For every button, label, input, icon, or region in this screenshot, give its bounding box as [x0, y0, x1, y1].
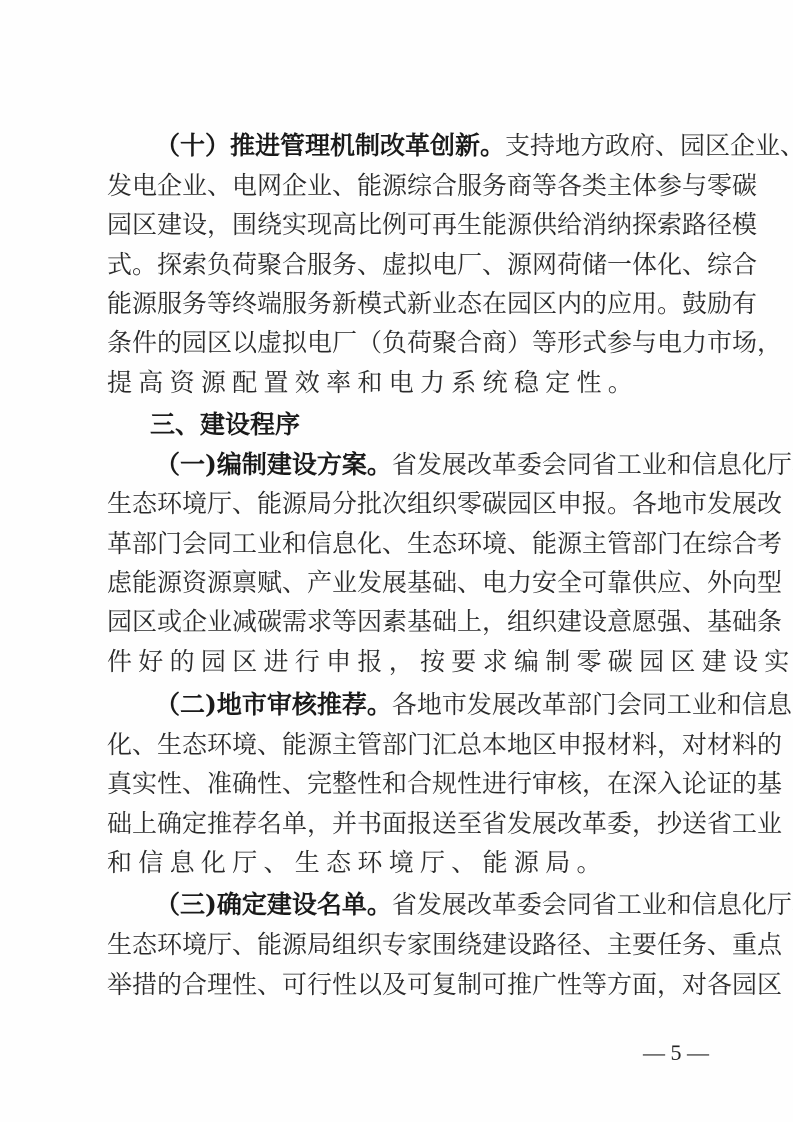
paragraph-line: 件好的园区进行申报，按要求编制零碳园区建设实施方案。	[107, 646, 709, 678]
run-in-subheading: （十）推进管理机制改革创新。	[155, 131, 505, 160]
paragraph-line: 化、生态环境、能源主管部门汇总本地区申报材料，对材料的	[107, 729, 709, 761]
paragraph-line: 式。探索负荷聚合服务、虚拟电厂、源网荷储一体化、综合	[107, 249, 709, 281]
paragraph-line: 发电企业、电网企业、能源综合服务商等各类主体参与零碳	[107, 170, 709, 202]
run-in-subheading: （三)确定建设名单。	[155, 890, 392, 919]
page-number: — 5 —	[0, 1038, 793, 1068]
paragraph-line: （十）推进管理机制改革创新。支持地方政府、园区企业、	[155, 130, 709, 162]
paragraph-line: 革部门会同工业和信息化、生态环境、能源主管部门在综合考	[107, 528, 709, 560]
paragraph-line: 条件的园区以虚拟电厂（负荷聚合商）等形式参与电力市场，	[107, 327, 709, 359]
document-page: （十）推进管理机制改革创新。支持地方政府、园区企业、 发电企业、电网企业、能源综…	[0, 0, 793, 1122]
paragraph-line: 和信息化厅、生态环境厅、能源局。	[107, 847, 709, 879]
paragraph-line: 提高资源配置效率和电力系统稳定性。	[107, 367, 709, 399]
paragraph-line: （一)编制建设方案。省发展改革委会同省工业和信息化厅、	[155, 449, 709, 481]
paragraph-line: 能源服务等终端服务新模式新业态在园区内的应用。鼓励有	[107, 288, 709, 320]
paragraph-line: 园区建设，围绕实现高比例可再生能源供给消纳探索路径模	[107, 209, 709, 241]
paragraph-line: （三)确定建设名单。省发展改革委会同省工业和信息化厅、	[155, 889, 709, 921]
paragraph-line: 生态环境厅、能源局组织专家围绕建设路径、主要任务、重点	[107, 929, 709, 961]
paragraph-line: 生态环境厅、能源局分批次组织零碳园区申报。各地市发展改	[107, 488, 709, 520]
run-in-subheading: （二)地市审核推荐。	[155, 690, 392, 719]
paragraph-line: 举措的合理性、可行性以及可复制可推广性等方面，对各园区	[107, 969, 709, 1001]
paragraph-line: 真实性、准确性、完整性和合规性进行审核，在深入论证的基	[107, 768, 709, 800]
section-heading: 三、建设程序	[150, 408, 300, 442]
run-in-subheading: （一)编制建设方案。	[155, 450, 392, 479]
paragraph-line: 虑能源资源禀赋、产业发展基础、电力安全可靠供应、外向型	[107, 567, 709, 599]
paragraph-line: 园区或企业减碳需求等因素基础上，组织建设意愿强、基础条	[107, 606, 709, 638]
paragraph-line: （二)地市审核推荐。各地市发展改革部门会同工业和信息	[155, 689, 709, 721]
paragraph-line: 础上确定推荐名单，并书面报送至省发展改革委，抄送省工业	[107, 808, 709, 840]
